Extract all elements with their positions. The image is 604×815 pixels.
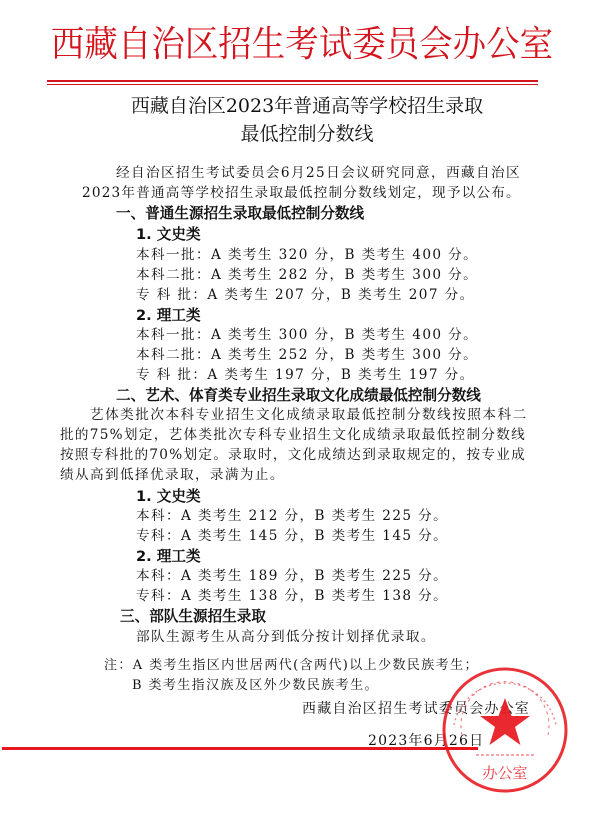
- section2-para-line: 艺体类批次本科专业招生文化成绩录取最低控制分数线按照本科二: [90, 405, 528, 426]
- official-seal-icon: 办公室: [440, 665, 570, 795]
- intro-line1: 经自治区招生考试委员会6月25日会议研究同意，西藏自治区: [116, 163, 521, 184]
- score-row: 本科一批：A 类考生 320 分，B 类考生 400 分。: [136, 245, 478, 266]
- document-title-line2: 最低控制分数线: [5, 120, 604, 148]
- score-row: 本科二批：A 类考生 282 分，B 类考生 300 分。: [136, 265, 478, 286]
- section2-sub1-heading: 1. 文史类: [136, 486, 201, 507]
- note-line1: 注：A 类考生指区内世居两代(含两代)以上少数民族考生；: [104, 655, 479, 676]
- section2-para-line: 批的75%划定，艺体类批次专科专业招生文化成绩录取最低控制分数线: [60, 425, 526, 446]
- section1-heading: 一、普通生源招生录取最低控制分数线: [116, 203, 364, 224]
- score-row: 本科一批：A 类考生 300 分，B 类考生 400 分。: [136, 325, 478, 346]
- score-row: 本科二批：A 类考生 252 分，B 类考生 300 分。: [136, 345, 478, 366]
- section2-heading: 二、艺术、体育类专业招生录取文化成绩最低控制分数线: [116, 385, 481, 406]
- score-row: 本科：A 类考生 212 分，B 类考生 225 分。: [136, 506, 448, 527]
- masthead: 西藏自治区招生考试委员会办公室: [0, 22, 604, 68]
- svg-text:办公室: 办公室: [482, 764, 527, 782]
- section3-heading: 三、部队生源招生录取: [120, 606, 266, 627]
- section3-para: 部队生源考生从高分到低分按计划择优录取。: [136, 627, 436, 648]
- section1-sub1-heading: 1. 文史类: [136, 224, 201, 245]
- score-row: 专 科 批：A 类考生 207 分，B 类考生 207 分。: [136, 285, 475, 306]
- bottom-rule: [2, 747, 478, 750]
- score-row: 专 科 批：A 类考生 197 分，B 类考生 197 分。: [136, 365, 475, 386]
- score-row: 本科：A 类考生 189 分，B 类考生 225 分。: [136, 566, 448, 587]
- document-title-line1: 西藏自治区2023年普通高等学校招生录取: [5, 92, 604, 120]
- masthead-rule-thin: [47, 84, 538, 85]
- section2-para-line: 绩从高到低择优录取，录满为止。: [60, 465, 285, 486]
- masthead-rule: [47, 80, 538, 82]
- masthead-org-title: 西藏自治区招生考试委员会办公室: [51, 22, 553, 68]
- section1-sub2-heading: 2. 理工类: [136, 305, 201, 326]
- score-row: 专科：A 类考生 145 分，B 类考生 145 分。: [136, 526, 448, 547]
- intro-line2: 2023年普通高等学校招生录取最低控制分数线划定，现予以公布。: [82, 183, 521, 204]
- section2-sub2-heading: 2. 理工类: [136, 546, 201, 567]
- score-row: 专科：A 类考生 138 分，B 类考生 138 分。: [136, 586, 448, 607]
- note-line2: B 类考生指汉族及区外少数民族考生。: [132, 675, 379, 696]
- section2-para-line: 按照专科批的70%划定。录取时，文化成绩达到录取规定的，按专业成: [60, 445, 526, 466]
